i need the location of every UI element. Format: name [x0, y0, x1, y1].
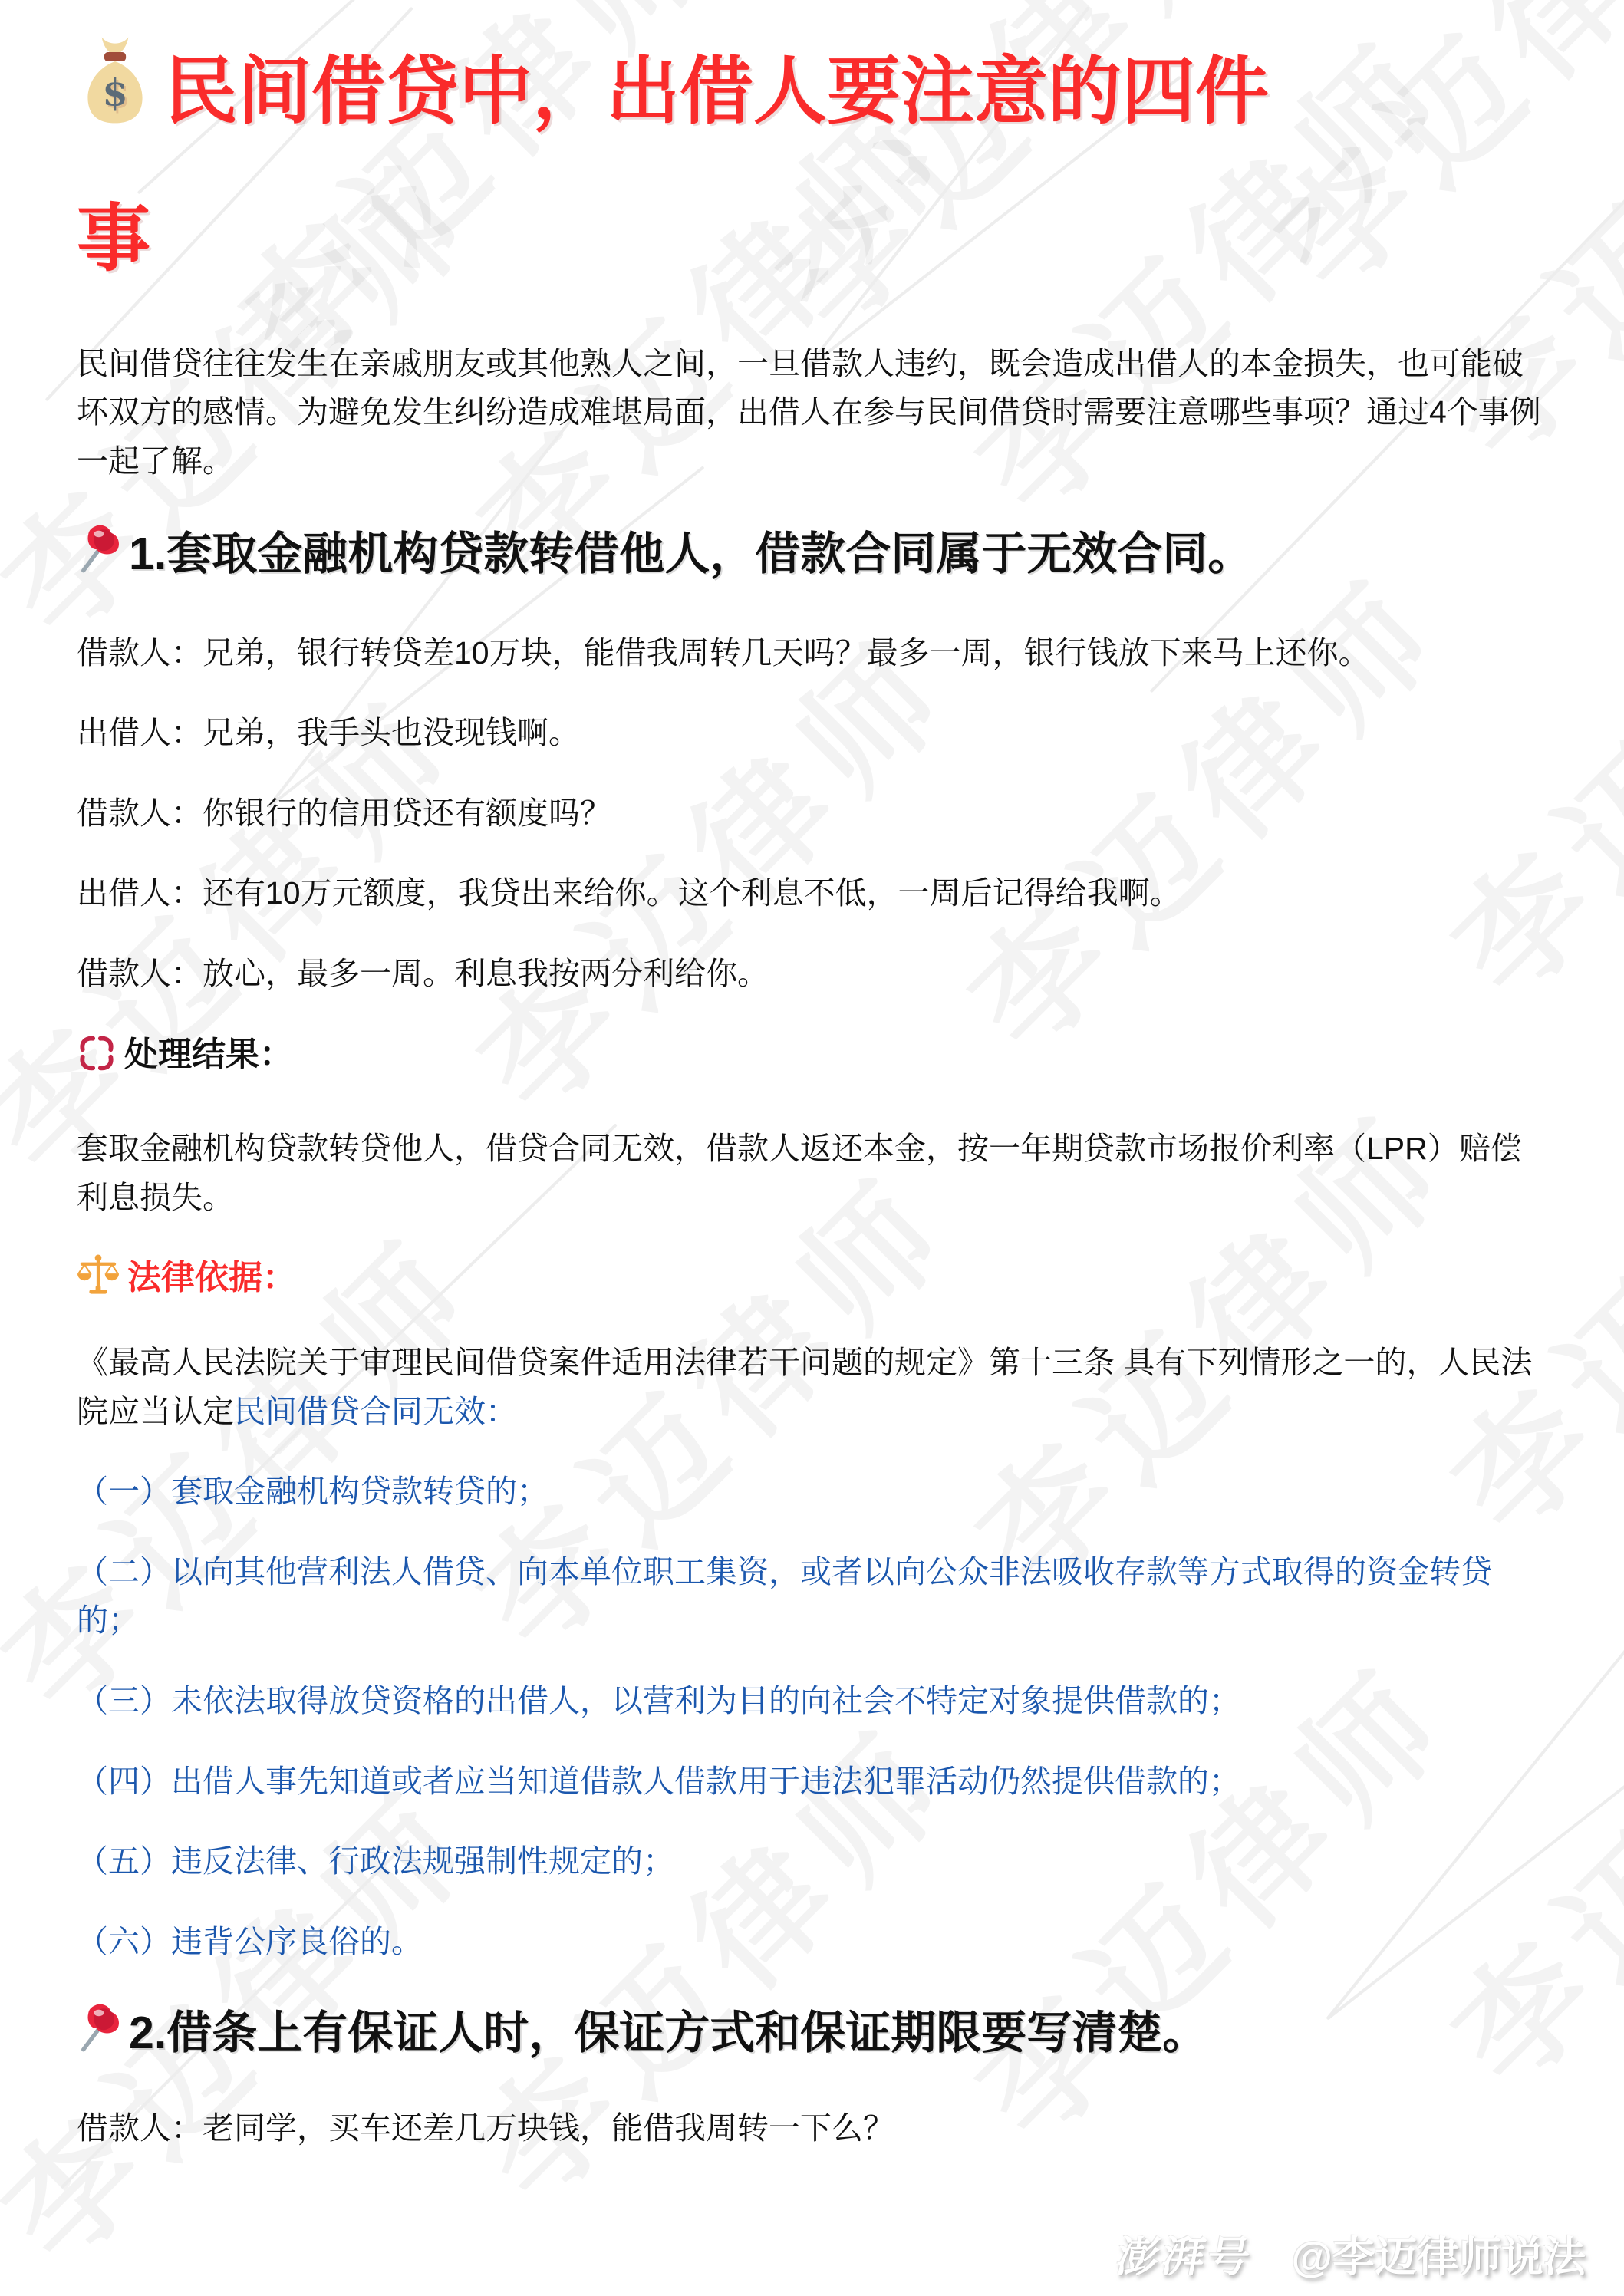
dialog-line: 借款人：放心，最多一周。利息我按两分利给你。: [77, 950, 1547, 999]
legal-item: （五）违反法律、行政法规强制性规定的；: [77, 1837, 1547, 1886]
anger-symbol-icon: [77, 1033, 117, 1087]
legal-intro-blue: 民间借贷合同无效：: [234, 1394, 517, 1429]
case-2-heading: 2.借条上有保证人时，保证方式和保证期限要写清楚。: [77, 1998, 1547, 2074]
dialog-line: 借款人：兄弟，银行转贷差10万块，能借我周转几天吗？最多一周，银行钱放下来马上还…: [77, 629, 1547, 678]
pushpin-icon: [77, 522, 124, 595]
money-bag-icon: $: [77, 32, 153, 170]
legal-basis-label: 法律依据：: [77, 1253, 1547, 1310]
case-1-heading: 1.套取金融机构贷款转借他人，借款合同属于无效合同。: [77, 519, 1547, 595]
legal-item: （三）未依法取得放贷资格的出借人，以营利为目的向社会不特定对象提供借款的；: [77, 1677, 1547, 1726]
svg-text:$: $: [102, 72, 127, 115]
scales-icon: [77, 1253, 120, 1310]
article-page: $ 民间借贷中，出借人要注意的四件事 民间借贷往往发生在亲戚朋友或其他熟人之间，…: [0, 0, 1624, 2153]
dialog-line: 借款人：你银行的信用贷还有额度吗？: [77, 789, 1547, 838]
legal-item: （二）以向其他营利法人借贷、向本单位职工集资，或者以向公众非法吸收存款等方式取得…: [77, 1548, 1547, 1645]
pengpai-logo-text: 澎湃号: [1112, 2223, 1259, 2284]
legal-intro-paragraph: 《最高人民法院关于审理民间借贷案件适用法律若干问题的规定》第十三条 具有下列情形…: [77, 1339, 1547, 1436]
author-handle-text: @李迈律师说法: [1291, 2233, 1586, 2281]
page-title-text: 民间借贷中，出借人要注意的四件事: [77, 51, 1269, 280]
dialog-line: 出借人：兄弟，我手头也没现钱啊。: [77, 709, 1547, 758]
case-2-heading-text: 2.借条上有保证人时，保证方式和保证期限要写清楚。: [129, 2008, 1207, 2058]
intro-paragraph: 民间借贷往往发生在亲戚朋友或其他熟人之间，一旦借款人违约，既会造成出借人的本金损…: [77, 340, 1547, 486]
result-label: 处理结果：: [77, 1030, 1547, 1087]
page-title: $ 民间借贷中，出借人要注意的四件事: [77, 23, 1327, 309]
legal-item: （一）套取金融机构贷款转贷的；: [77, 1468, 1547, 1517]
legal-item: （六）违背公序良俗的。: [77, 1918, 1547, 1967]
case-1-heading-text: 1.套取金融机构贷款转借他人，借款合同属于无效合同。: [129, 529, 1253, 579]
dialog-line: 出借人：还有10万元额度，我贷出来给你。这个利息不低，一周后记得给我啊。: [77, 869, 1547, 918]
legal-item: （四）出借人事先知道或者应当知道借款人借款用于违法犯罪活动仍然提供借款的；: [77, 1757, 1547, 1807]
dialog-line: 借款人：老同学，买车还差几万块钱，能借我周转一下么？: [77, 2104, 1547, 2153]
legal-basis-label-text: 法律依据：: [127, 1259, 296, 1296]
result-label-text: 处理结果：: [124, 1036, 293, 1073]
pushpin-icon: [77, 2001, 124, 2074]
result-paragraph: 套取金融机构贷款转贷他人，借贷合同无效，借款人返还本金，按一年期贷款市场报价利率…: [77, 1125, 1547, 1222]
platform-watermark: 澎湃号 @李迈律师说法: [1118, 2223, 1586, 2284]
